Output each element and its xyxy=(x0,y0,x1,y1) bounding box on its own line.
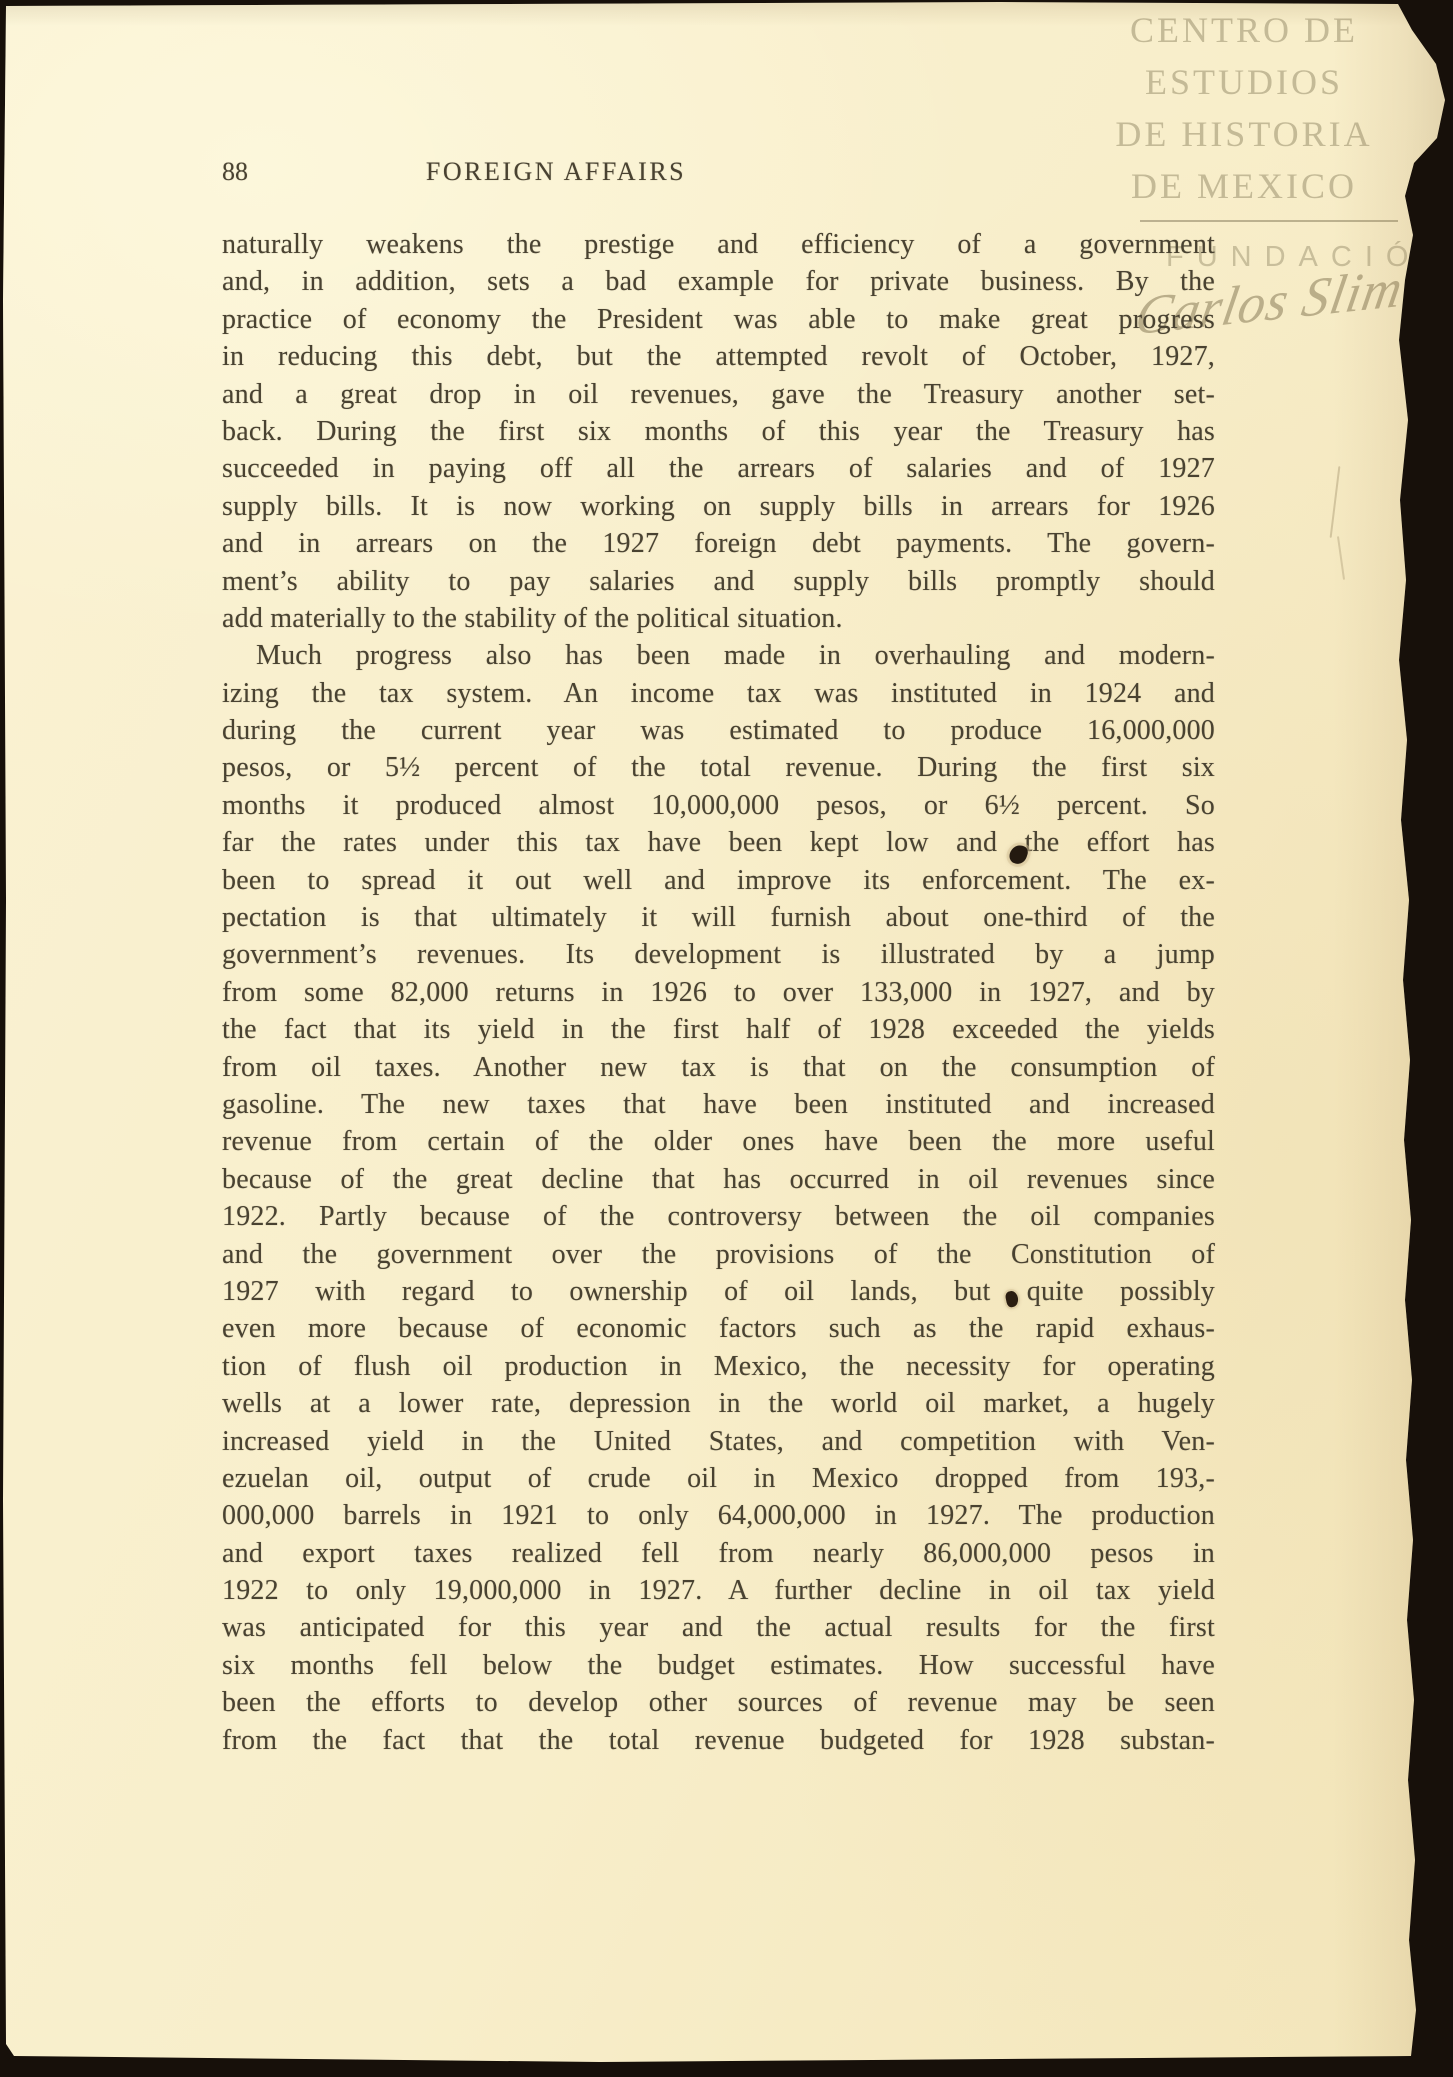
text-line: pectation is that ultimately it will fur… xyxy=(222,899,1215,936)
text-line: succeeded in paying off all the arrears … xyxy=(222,450,1215,487)
text-line: 1922. Partly because of the controversy … xyxy=(222,1198,1215,1235)
text-line: 000,000 barrels in 1921 to only 64,000,0… xyxy=(222,1497,1215,1534)
text-line: and, in addition, sets a bad example for… xyxy=(222,263,1215,300)
text-line: from the fact that the total revenue bud… xyxy=(222,1722,1215,1759)
page-number: 88 xyxy=(222,157,248,187)
watermark-line: CENTRO DE xyxy=(1066,4,1422,56)
text-line: gasoline. The new taxes that have been i… xyxy=(222,1086,1215,1123)
text-line: during the current year was estimated to… xyxy=(222,712,1215,749)
text-line: Much progress also has been made in over… xyxy=(222,637,1215,674)
text-line: from oil taxes. Another new tax is that … xyxy=(222,1049,1215,1086)
paper-crease xyxy=(1330,466,1341,538)
text-line: ment’s ability to pay salaries and suppl… xyxy=(222,563,1215,600)
text-line: add materially to the stability of the p… xyxy=(222,600,1215,637)
text-line: from some 82,000 returns in 1926 to over… xyxy=(222,974,1215,1011)
text-line: was anticipated for this year and the ac… xyxy=(222,1609,1215,1646)
watermark-line: DE MEXICO xyxy=(1066,160,1422,212)
text-line: ezuelan oil, output of crude oil in Mexi… xyxy=(222,1460,1215,1497)
text-line: 1922 to only 19,000,000 in 1927. A furth… xyxy=(222,1572,1215,1609)
text-line: because of the great decline that has oc… xyxy=(222,1161,1215,1198)
text-line: been the efforts to develop other source… xyxy=(222,1684,1215,1721)
watermark-line: ESTUDIOS xyxy=(1066,56,1422,108)
text-line: izing the tax system. An income tax was … xyxy=(222,675,1215,712)
text-line: and export taxes realized fell from near… xyxy=(222,1535,1215,1572)
text-line: pesos, or 5½ percent of the total revenu… xyxy=(222,749,1215,786)
text-line: naturally weakens the prestige and effic… xyxy=(222,226,1215,263)
text-line: revenue from certain of the older ones h… xyxy=(222,1123,1215,1160)
body-text: naturally weakens the prestige and effic… xyxy=(222,226,1215,1759)
text-line: practice of economy the President was ab… xyxy=(222,301,1215,338)
text-line: back. During the first six months of thi… xyxy=(222,413,1215,450)
text-line: in reducing this debt, but the attempted… xyxy=(222,338,1215,375)
text-line: and the government over the provisions o… xyxy=(222,1236,1215,1273)
text-line: supply bills. It is now working on suppl… xyxy=(222,488,1215,525)
text-line: months it produced almost 10,000,000 pes… xyxy=(222,787,1215,824)
scanned-page: CENTRO DE ESTUDIOS DE HISTORIA DE MEXICO… xyxy=(0,0,1453,2077)
text-line: the fact that its yield in the first hal… xyxy=(222,1011,1215,1048)
scan-background: CENTRO DE ESTUDIOS DE HISTORIA DE MEXICO… xyxy=(0,0,1453,2077)
text-line: 1927 with regard to ownership of oil lan… xyxy=(222,1273,1215,1310)
text-line: increased yield in the United States, an… xyxy=(222,1423,1215,1460)
text-line: and in arrears on the 1927 foreign debt … xyxy=(222,525,1215,562)
watermark-line: DE HISTORIA xyxy=(1066,108,1422,160)
text-line: six months fell below the budget estimat… xyxy=(222,1647,1215,1684)
text-line: far the rates under this tax have been k… xyxy=(222,824,1215,861)
paper-crease xyxy=(1337,536,1345,580)
watermark-institution: CENTRO DE ESTUDIOS DE HISTORIA DE MEXICO xyxy=(1066,4,1422,212)
text-line: tion of flush oil production in Mexico, … xyxy=(222,1348,1215,1385)
text-line: and a great drop in oil revenues, gave t… xyxy=(222,376,1215,413)
text-line: even more because of economic factors su… xyxy=(222,1310,1215,1347)
watermark-divider-line xyxy=(1140,220,1398,222)
text-line: been to spread it out well and improve i… xyxy=(222,862,1215,899)
text-line: wells at a lower rate, depression in the… xyxy=(222,1385,1215,1422)
running-title: FOREIGN AFFAIRS xyxy=(360,157,752,187)
text-line: government’s revenues. Its development i… xyxy=(222,936,1215,973)
